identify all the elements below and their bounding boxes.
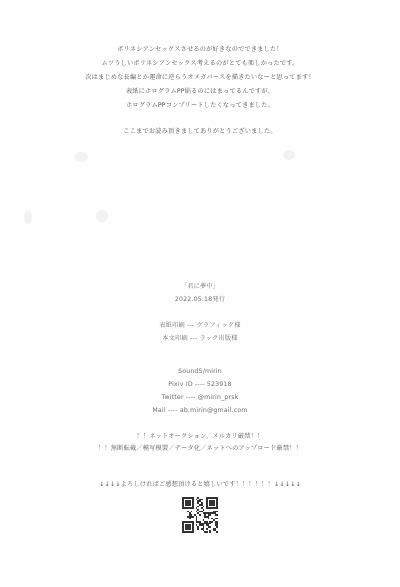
notice-line: ！！ネットオークション、メルカリ厳禁！！ (0, 433, 400, 441)
twitter-handle: Twitter ---- @mirin_prsk (0, 394, 400, 402)
printer-credit: 本文印刷 --- ラック出版様 (0, 335, 400, 343)
publication-date: 2022.05.18発行 (0, 296, 400, 304)
printer-credit: 表紙印刷 --- グラフィック様 (0, 322, 400, 330)
mail-address: Mail ---- ab.mirin@gmail.com (0, 407, 400, 415)
afterword-line: ポリネシアンセックスさせるのが好きなのでできました！ (0, 46, 400, 54)
pixiv-id: Pixiv ID ---- 523918 (0, 381, 400, 389)
document-page: ポリネシアンセックスさせるのが好きなのでできました！ ムツうしいポリネシアンセッ… (0, 0, 400, 587)
book-title: 「君に夢中」 (0, 283, 400, 291)
afterword-line: 次はまじめな長編とか運命に逆らうオメガバースを描きたいなーと思ってます！ (0, 74, 400, 82)
qr-code-icon[interactable] (182, 497, 218, 533)
feedback-request: ↓↓↓↓よろしければご感想頂けると嬉しいです！！！！！！↓↓↓↓↓ (0, 481, 400, 489)
afterword-line: ホログラムPPコンプリートしたくなってきました。 (0, 102, 400, 110)
notice-line: ！！無断転載／模写模製／データ化／ネットへのアップロード厳禁！！ (0, 445, 400, 453)
scan-speck (283, 150, 295, 160)
afterword-line: 表紙にホログラムPP貼るのにはまってるんですが、 (0, 88, 400, 96)
scan-speck (74, 152, 88, 162)
circle-author: SoundS/mirin (0, 368, 400, 376)
scan-speck (24, 210, 32, 224)
afterword-thanks: ここまでお読み頂きましてありがとうございました。 (0, 128, 400, 136)
afterword-line: ムツうしいポリネシアンセックス考えるのがとても楽しかったです。 (0, 60, 400, 68)
scan-speck (96, 210, 108, 222)
qr-module (216, 531, 218, 533)
